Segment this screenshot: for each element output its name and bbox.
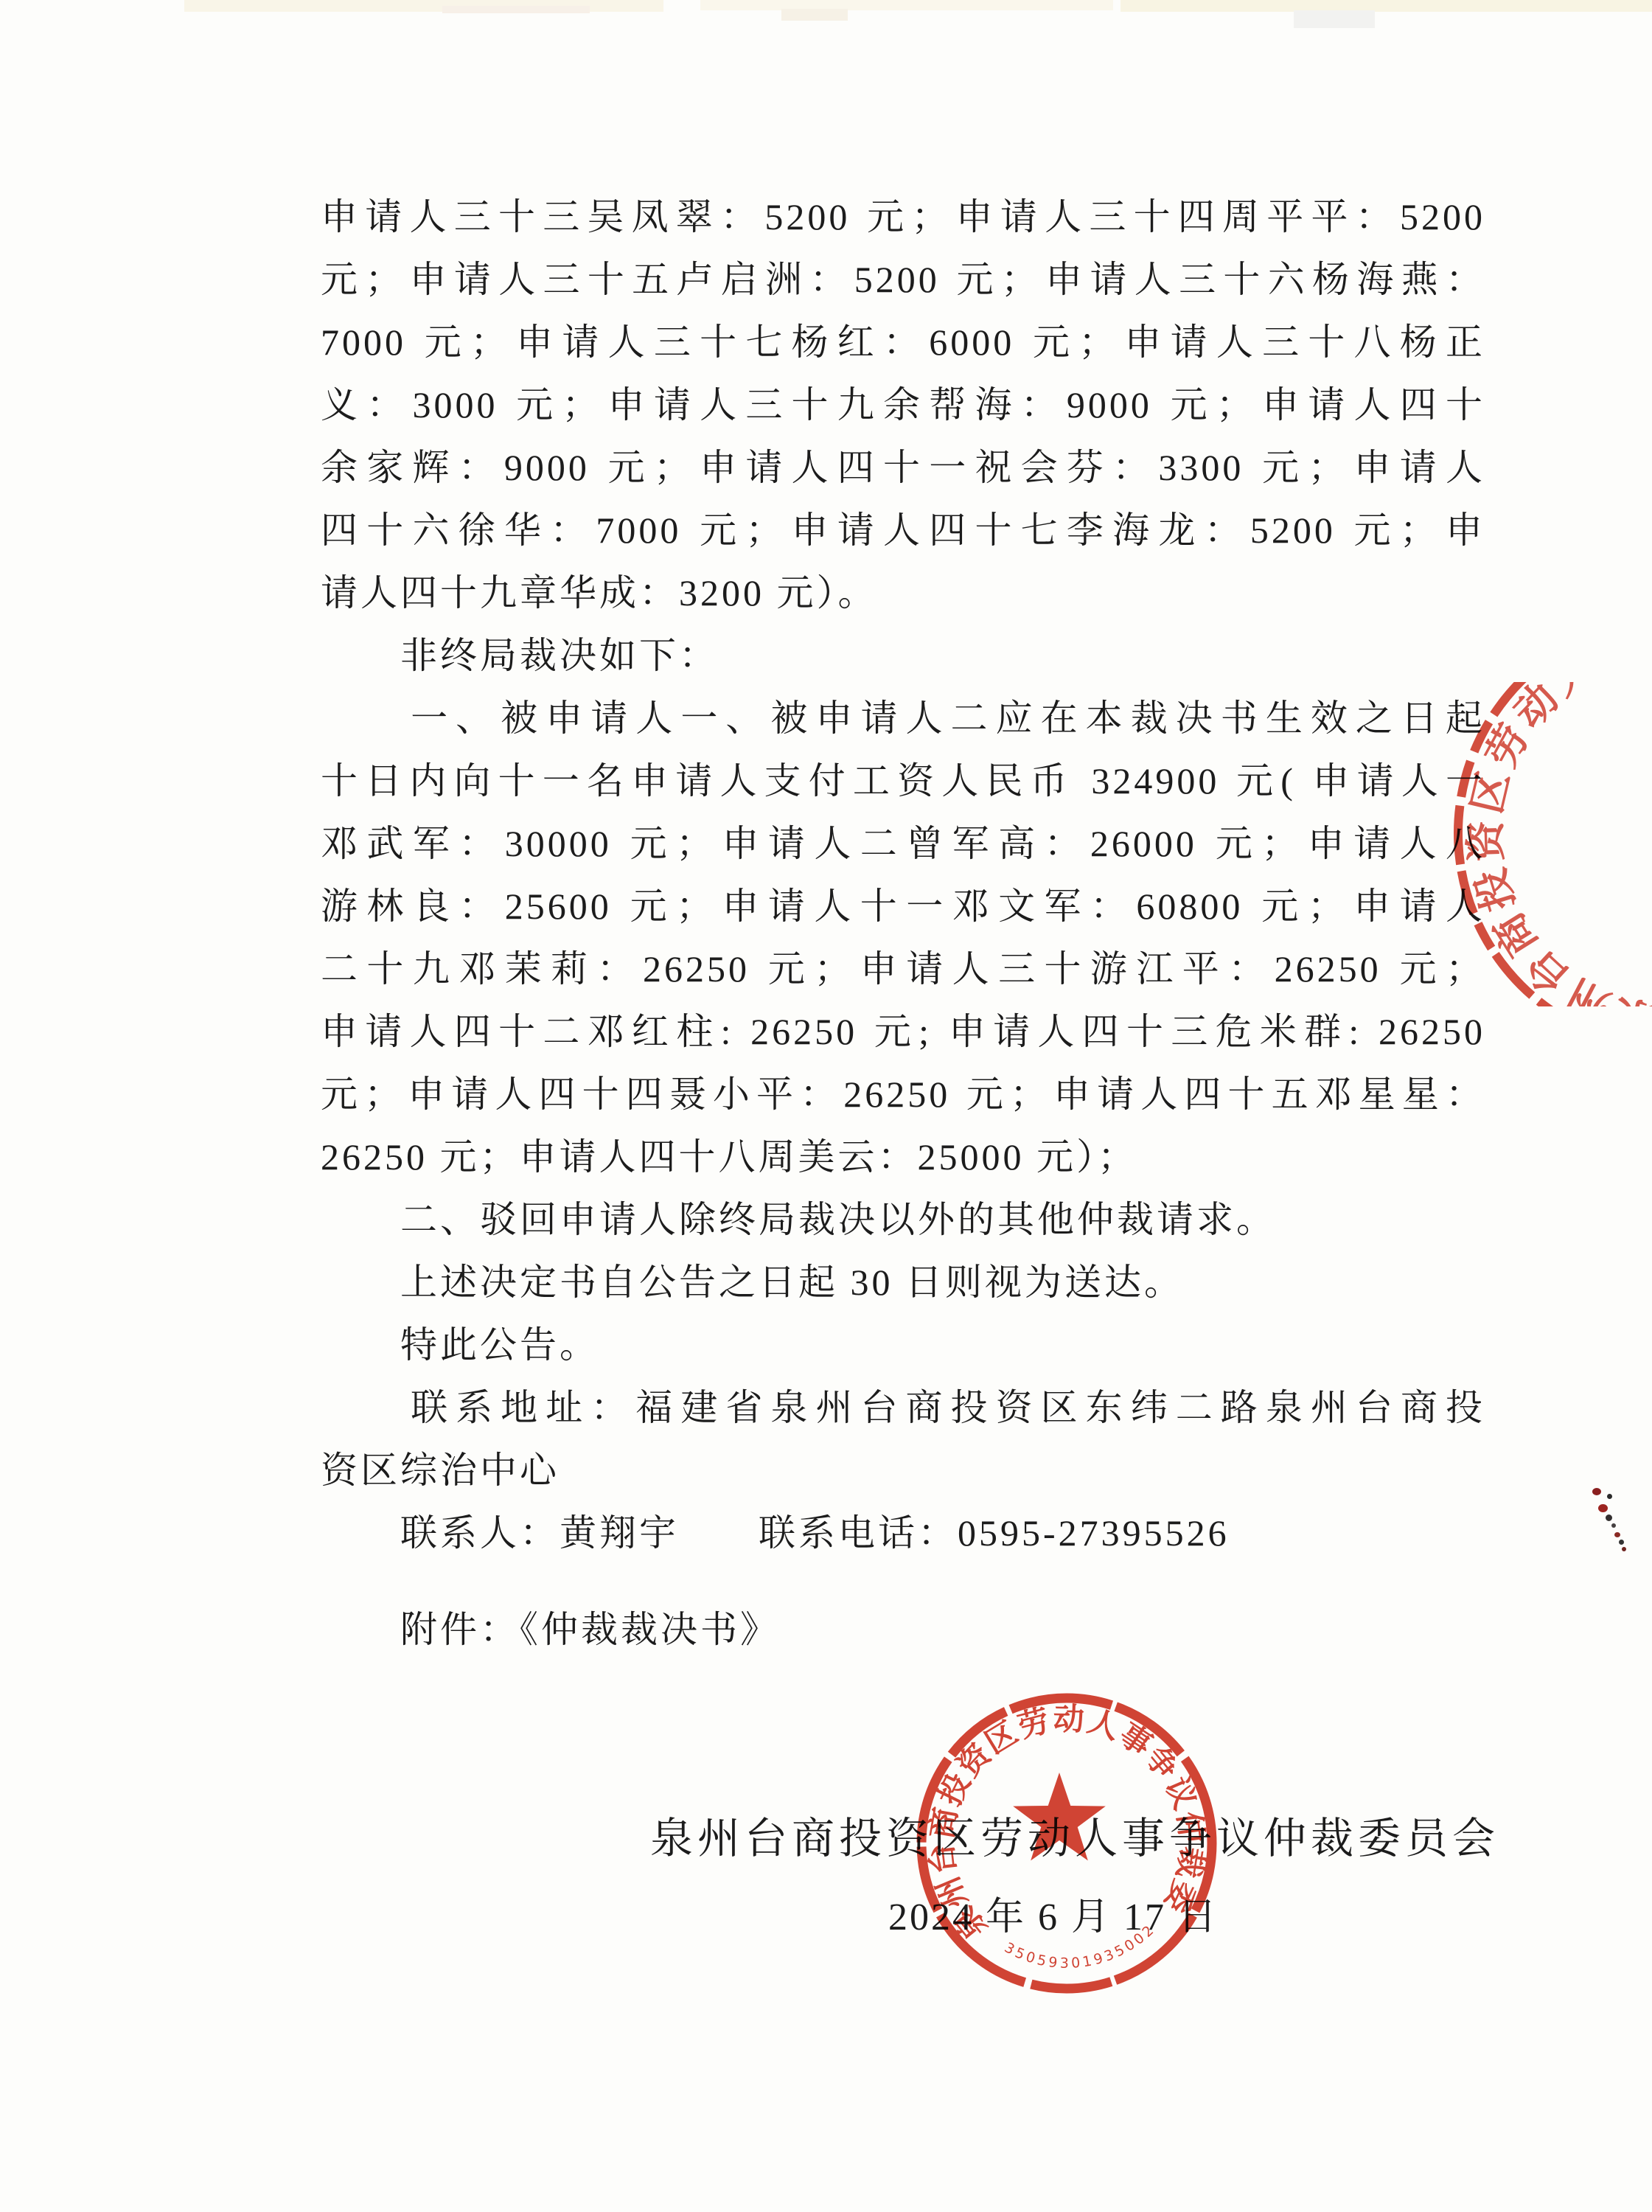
text-line: 义：3000 元；申请人三十九余帮海：9000 元；申请人四十: [321, 374, 1485, 437]
ink-speck: [1592, 1488, 1601, 1495]
text-line: 联系地址：福建省泉州台商投资区东纬二路泉州台商投: [321, 1377, 1485, 1439]
document-body-text: 申请人三十三吴凤翠：5200 元；申请人三十四周平平：5200元；申请人三十五卢…: [321, 186, 1485, 1565]
svg-text:泉州台商投资区劳动人事争议仲裁委员会: 泉州台商投资区劳动人事争议仲裁委员会: [1434, 682, 1652, 1006]
scan-edge-artifact: [442, 6, 590, 13]
side-seal-serial: 3505930193500205: [1581, 744, 1652, 1006]
text-line: 一、被申请人一、被申请人二应在本裁决书生效之日起: [321, 687, 1485, 750]
text-line: 邓武军：30000 元；申请人二曾军高：26000 元；申请人八: [321, 813, 1485, 875]
text-line: 二、驳回申请人除终局裁决以外的其他仲裁请求。: [321, 1189, 1485, 1251]
side-seal-arc-text: 泉州台商投资区劳动人事争议仲裁委员会: [1434, 682, 1652, 1006]
text-line: 上述决定书自公告之日起 30 日则视为送达。: [321, 1251, 1485, 1314]
text-line: 元；申请人四十四聂小平：26250 元；申请人四十五邓星星：: [321, 1063, 1485, 1126]
text-line: 7000 元；申请人三十七杨红：6000 元；申请人三十八杨正: [321, 311, 1485, 374]
text-line: 十日内向十一名申请人支付工资人民币 324900 元( 申请人一: [321, 750, 1485, 813]
scanned-document-page: { "colors": { "seal_red": "#d03a2a", "te…: [0, 0, 1652, 2212]
text-line: 非终局裁决如下：: [321, 625, 1485, 687]
ink-speck: [1607, 1494, 1612, 1499]
scan-edge-artifact: [1120, 0, 1652, 12]
text-line: 请人四十九章华成：3200 元）。: [321, 562, 1485, 625]
scan-edge-artifact: [781, 9, 848, 21]
text-line: 四十六徐华：7000 元；申请人四十七李海龙：5200 元；申: [321, 499, 1485, 562]
official-seal: 泉州台商投资区劳动人事争议仲裁委员会 3505930193500205: [910, 1687, 1223, 2000]
ink-speck: [1622, 1547, 1626, 1551]
text-line: 特此公告。: [321, 1314, 1485, 1377]
official-seal-graphic: 泉州台商投资区劳动人事争议仲裁委员会 3505930193500205: [910, 1687, 1223, 2000]
ink-speck: [1606, 1514, 1612, 1521]
text-line: 游林良：25600 元；申请人十一邓文军：60800 元；申请人: [321, 875, 1485, 938]
ink-speck: [1598, 1504, 1608, 1512]
text-line: 申请人四十二邓红柱: 26250 元; 申请人四十三危米群: 26250: [321, 1001, 1485, 1063]
text-line: 二十九邓茉莉：26250 元；申请人三十游江平：26250 元；: [321, 938, 1485, 1001]
attachment-line: 附件：《仲裁裁决书》: [321, 1599, 780, 1661]
partial-seal-right-edge: 泉州台商投资区劳动人事争议仲裁委员会 3505930193500205: [1434, 682, 1652, 1006]
seal-star-icon: [1013, 1773, 1106, 1860]
scan-edge-artifact: [700, 0, 1113, 10]
partial-seal-graphic: 泉州台商投资区劳动人事争议仲裁委员会 3505930193500205: [1434, 682, 1652, 1006]
scan-edge-artifact: [1294, 10, 1375, 28]
text-line: 资区综治中心: [321, 1439, 1485, 1502]
text-line: 余家辉：9000 元；申请人四十一祝会芬：3300 元；申请人: [321, 437, 1485, 499]
text-line: 26250 元；申请人四十八周美云：25000 元）；: [321, 1126, 1485, 1189]
scan-edge-artifact: [184, 0, 663, 12]
text-line: 元；申请人三十五卢启洲：5200 元；申请人三十六杨海燕：: [321, 248, 1485, 311]
ink-speck: [1619, 1540, 1624, 1545]
text-line: 联系人：黄翔宇 联系电话：0595-27395526: [321, 1502, 1485, 1565]
text-line: 申请人三十三吴凤翠：5200 元；申请人三十四周平平：5200: [321, 186, 1485, 248]
ink-speck: [1611, 1523, 1616, 1528]
svg-text:3505930193500205: 3505930193500205: [1581, 744, 1652, 1006]
ink-speck: [1614, 1532, 1620, 1537]
